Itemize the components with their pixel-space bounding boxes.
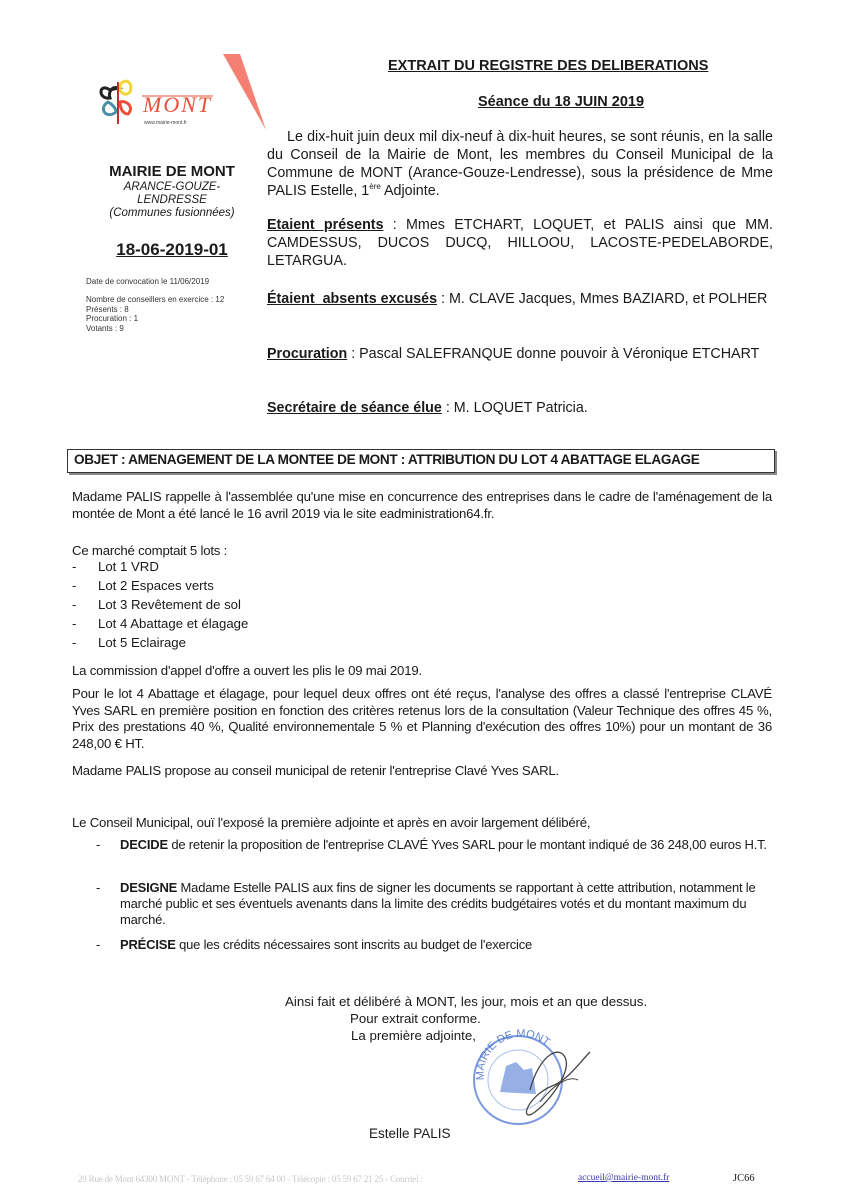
decision-verb: DECIDE — [120, 837, 168, 852]
lots-intro: Ce marché comptait 5 lots : — [72, 543, 772, 560]
official-stamp: MAIRIE DE MONT — [470, 1022, 610, 1132]
absents-text: : M. CLAVE Jacques, Mmes BAZIARD, et POL… — [437, 291, 767, 307]
mairie-title: MAIRIE DE MONT — [72, 163, 272, 180]
signatory-name: Estelle PALIS — [369, 1126, 451, 1141]
body-paragraph-rappel: Madame PALIS rappelle à l'assemblée qu'u… — [72, 489, 772, 522]
presents-paragraph: Etaient présents : Mmes ETCHART, LOQUET,… — [267, 216, 773, 270]
ordinal-sup: ère — [369, 182, 381, 191]
decision-text: Madame Estelle PALIS aux fins de signer … — [120, 880, 756, 927]
decision-text: de retenir la proposition de l'entrepris… — [168, 837, 767, 852]
subtitle-line: LENDRESSE — [72, 194, 272, 207]
signature-line: La première adjointe, — [351, 1028, 476, 1043]
absents-paragraph: Étaient absents excusés : M. CLAVE Jacqu… — [267, 290, 773, 308]
document-title: EXTRAIT DU REGISTRE DES DELIBERATIONS — [388, 58, 708, 74]
signature-line: Pour extrait conforme. — [350, 1011, 481, 1026]
count-line: Nombre de conseillers en exercice : 12 — [86, 295, 224, 305]
mairie-logo: MONT www.mairie-mont.fr — [88, 52, 278, 142]
svg-text:www.mairie-mont.fr: www.mairie-mont.fr — [144, 120, 187, 126]
lot-label: Lot 1 VRD — [98, 559, 159, 574]
propose-paragraph: Madame PALIS propose au conseil municipa… — [72, 763, 772, 780]
lot-item: -Lot 2 Espaces verts — [72, 578, 214, 593]
lot-item: -Lot 4 Abattage et élagage — [72, 616, 248, 631]
convocation-date: Date de convocation le 11/06/2019 — [86, 277, 209, 287]
decision-verb: DESIGNE — [120, 880, 177, 895]
intro-text: Le dix-huit juin deux mil dix-neuf à dix… — [267, 129, 773, 199]
lot-label: Lot 5 Eclairage — [98, 635, 186, 650]
procuration-paragraph: Procuration : Pascal SALEFRANQUE donne p… — [267, 345, 773, 363]
lot-item: -Lot 1 VRD — [72, 559, 159, 574]
absents-label: Étaient absents excusés — [267, 291, 437, 307]
procuration-label: Procuration — [267, 346, 347, 362]
footer-code: JC66 — [733, 1173, 755, 1184]
lot-label: Lot 3 Revêtement de sol — [98, 597, 241, 612]
lot-label: Lot 2 Espaces verts — [98, 578, 214, 593]
lot-label: Lot 4 Abattage et élagage — [98, 616, 248, 631]
subtitle-line: (Communes fusionnées) — [72, 207, 272, 220]
secretaire-paragraph: Secrétaire de séance élue : M. LOQUET Pa… — [267, 399, 773, 417]
count-line: Présents : 8 — [86, 305, 224, 315]
presents-label: Etaient présents — [267, 217, 384, 233]
subtitle-line: ARANCE-GOUZE- — [72, 181, 272, 194]
objet-title: OBJET : AMENAGEMENT DE LA MONTEE DE MONT… — [74, 452, 700, 467]
conseil-paragraph: Le Conseil Municipal, ouï l'exposé la pr… — [72, 815, 772, 832]
council-counts: Nombre de conseillers en exercice : 12 P… — [86, 295, 224, 333]
deliberation-number: 18-06-2019-01 — [72, 240, 272, 260]
clover-logo-icon: MONT www.mairie-mont.fr — [88, 52, 278, 142]
lot-item: -Lot 3 Revêtement de sol — [72, 597, 241, 612]
intro-paragraph: Le dix-huit juin deux mil dix-neuf à dix… — [267, 128, 773, 200]
procuration-text: : Pascal SALEFRANQUE donne pouvoir à Vér… — [347, 346, 759, 362]
mairie-subtitle: ARANCE-GOUZE- LENDRESSE (Communes fusion… — [72, 181, 272, 220]
decision-text: que les crédits nécessaires sont inscrit… — [176, 937, 532, 952]
secretaire-text: : M. LOQUET Patricia. — [442, 400, 588, 416]
signature-line: Ainsi fait et délibéré à MONT, les jour,… — [285, 994, 647, 1009]
commission-paragraph: La commission d'appel d'offre a ouvert l… — [72, 663, 772, 680]
seance-date: Séance du 18 JUIN 2019 — [478, 94, 644, 110]
decision-verb: PRÉCISE — [120, 937, 176, 952]
stamp-seal-icon: MAIRIE DE MONT — [470, 1022, 610, 1132]
count-line: Votants : 9 — [86, 324, 224, 334]
footer-address: 29 Rue de Mont 64300 MONT - Téléphone : … — [78, 1174, 423, 1184]
footer-email-link[interactable]: accueil@mairie-mont.fr — [578, 1173, 669, 1183]
intro-text-end: Adjointe. — [381, 183, 440, 199]
analyse-paragraph: Pour le lot 4 Abattage et élagage, pour … — [72, 686, 772, 752]
count-line: Procuration : 1 — [86, 314, 224, 324]
lot-item: -Lot 5 Eclairage — [72, 635, 186, 650]
secretaire-label: Secrétaire de séance élue — [267, 400, 442, 416]
